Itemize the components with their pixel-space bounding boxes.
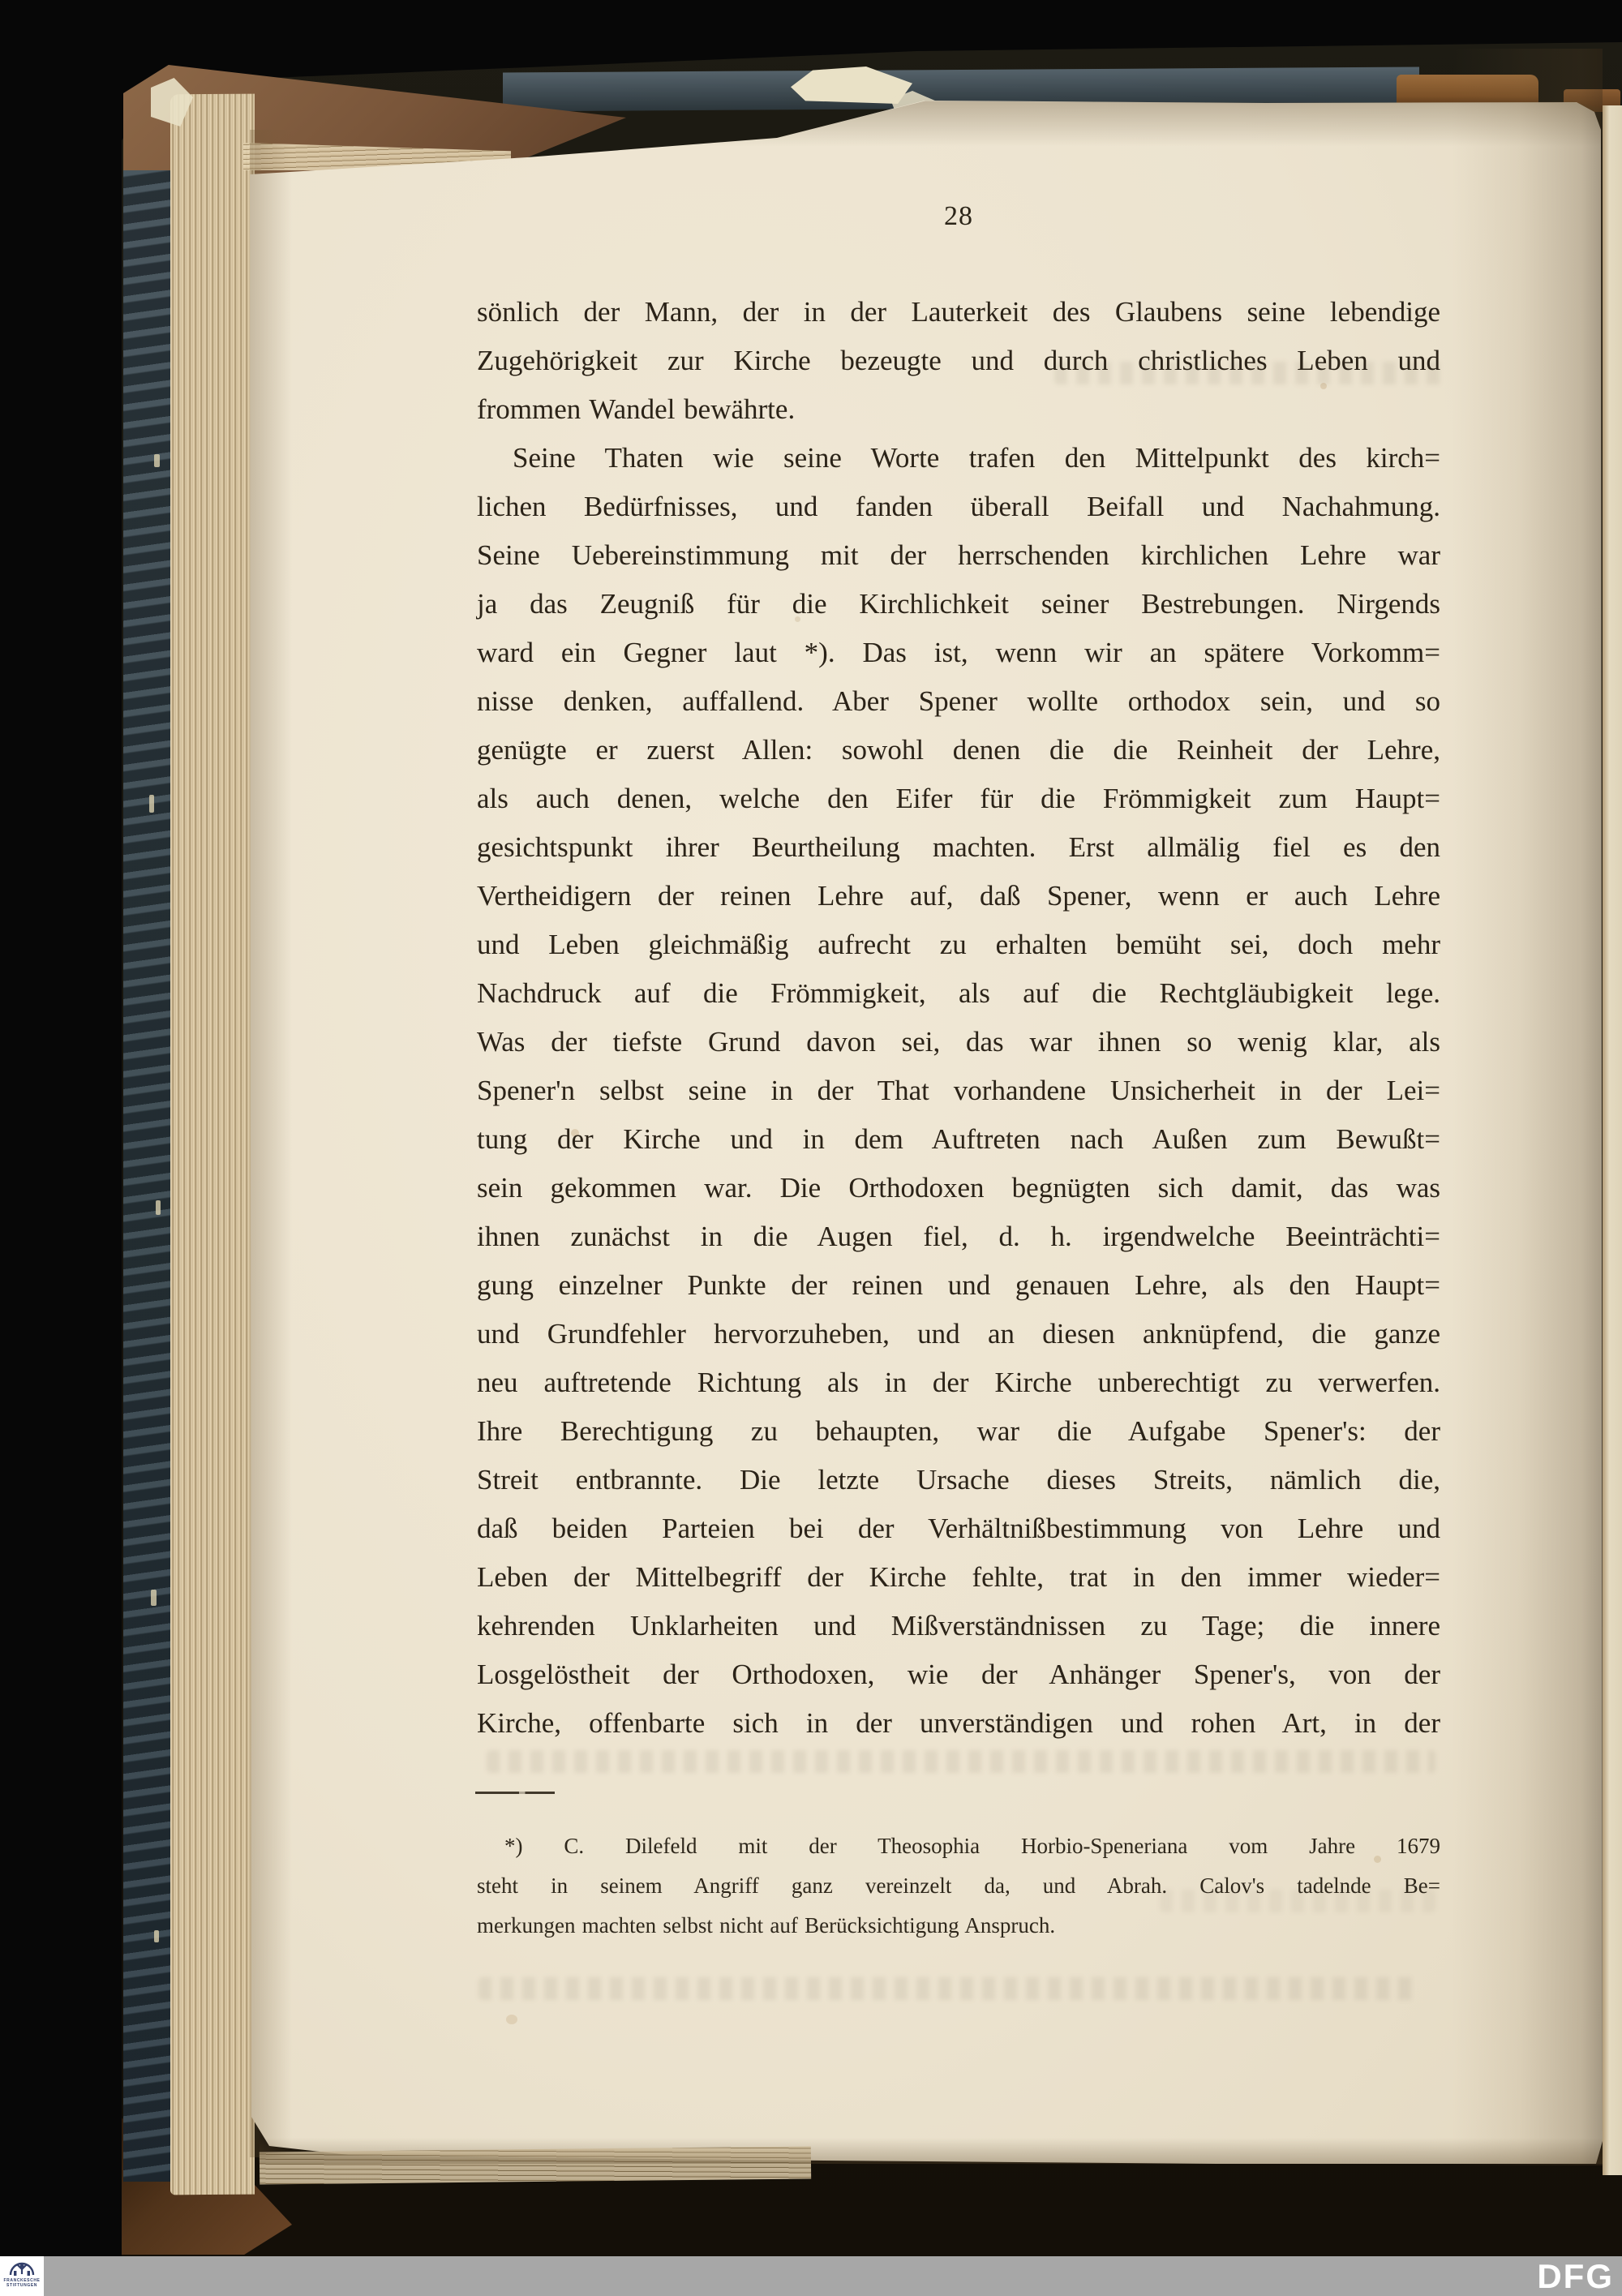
footnote-line: *) C. Dilefeld mit der Theosophia Horbio… [477, 1826, 1440, 1866]
book-scan-viewer: 28 sönlich der Mann, der in der Lauterke… [0, 0, 1622, 2296]
footnote-separator [475, 1792, 555, 1794]
text-line: gung einzelner Punkte der reinen und gen… [477, 1261, 1440, 1310]
text-line: ja das Zeugniß für die Kirchlichkeit sei… [477, 580, 1440, 629]
text-line: Kirche, offenbarte sich in der unverstän… [477, 1699, 1440, 1748]
text-line: Was der tiefste Grund davon sei, das war… [477, 1018, 1440, 1066]
page-bottom-shadow [260, 2138, 1603, 2164]
text-line: gesichtspunkt ihrer Beurtheilung machten… [477, 823, 1440, 872]
text-line: ward ein Gegner laut *). Das ist, wenn w… [477, 629, 1440, 677]
text-line: daß beiden Parteien bei der Verhältnißbe… [477, 1504, 1440, 1553]
page-number: 28 [477, 201, 1440, 232]
text-line: genügte er zuerst Allen: sowohl denen di… [477, 726, 1440, 775]
text-line: sein gekommen war. Die Orthodoxen begnüg… [477, 1164, 1440, 1212]
page-left-shadow [250, 130, 292, 2157]
text-line: Seine Uebereinstimmung mit der herrschen… [477, 531, 1440, 580]
facing-page-edge [1603, 105, 1622, 2175]
text-line: lichen Bedürfnisses, und fanden überall … [477, 483, 1440, 531]
cover-wear-fleck [156, 1200, 161, 1215]
franckesche-stiftungen-logo: FRANCKESCHE STIFTUNGEN [0, 2256, 44, 2296]
cover-wear-fleck [149, 795, 154, 813]
text-line: Leben der Mittelbegriff der Kirche fehlt… [477, 1553, 1440, 1602]
text-line: frommen Wandel bewährte. [477, 385, 1440, 434]
text-line: und Leben gleichmäßig aufrecht zu erhalt… [477, 921, 1440, 969]
text-line: neu auftretende Richtung als in der Kirc… [477, 1358, 1440, 1407]
text-line: Streit entbrannte. Die letzte Ursache di… [477, 1456, 1440, 1504]
text-line: und Grundfehler hervorzuheben, und an di… [477, 1310, 1440, 1358]
text-line: als auch denen, welche den Eifer für die… [477, 775, 1440, 823]
text-line: Vertheidigern der reinen Lehre auf, daß … [477, 872, 1440, 921]
cover-wear-fleck [154, 1930, 159, 1942]
text-line: Losgelöstheit der Orthodoxen, wie der An… [477, 1650, 1440, 1699]
text-line: Ihre Berechtigung zu behaupten, war die … [477, 1407, 1440, 1456]
footnote-line: merkungen machten selbst nicht auf Berüc… [477, 1906, 1440, 1946]
text-line: Seine Thaten wie seine Worte trafen den … [477, 434, 1440, 483]
text-line: Zugehörigkeit zur Kirche bezeugte und du… [477, 337, 1440, 385]
footnote: *) C. Dilefeld mit der Theosophia Horbio… [477, 1826, 1440, 1946]
footnote-line: steht in seinem Angriff ganz vereinzelt … [477, 1866, 1440, 1906]
text-line: kehrenden Unklarheiten und Mißverständni… [477, 1602, 1440, 1650]
cover-wear-fleck [151, 1590, 157, 1606]
text-line: tung der Kirche und in dem Auftreten nac… [477, 1115, 1440, 1164]
verso-bleed-through [487, 1750, 1435, 1773]
text-line: sönlich der Mann, der in der Lauterkeit … [477, 288, 1440, 337]
library-logo-text-line2: STIFTUNGEN [6, 2283, 37, 2288]
franckesche-stiftungen-emblem-icon [7, 2259, 36, 2278]
cover-wear-fleck [154, 454, 160, 467]
text-line: ihnen zunächst in die Augen fiel, d. h. … [477, 1212, 1440, 1261]
dfg-logo: DFG [1537, 2258, 1614, 2294]
text-line: nisse denken, auffallend. Aber Spener wo… [477, 677, 1440, 726]
fore-edge-page-stack [170, 94, 255, 2195]
verso-bleed-through [478, 1977, 1419, 2000]
text-line: Nachdruck auf die Frömmigkeit, als auf d… [477, 969, 1440, 1018]
digitization-footer-bar: FRANCKESCHE STIFTUNGEN DFG [0, 2256, 1622, 2296]
body-text: sönlich der Mann, der in der Lauterkeit … [477, 288, 1440, 1748]
gutter-shadow [1452, 49, 1603, 2165]
text-line: Spener'n selbst seine in der That vorhan… [477, 1066, 1440, 1115]
